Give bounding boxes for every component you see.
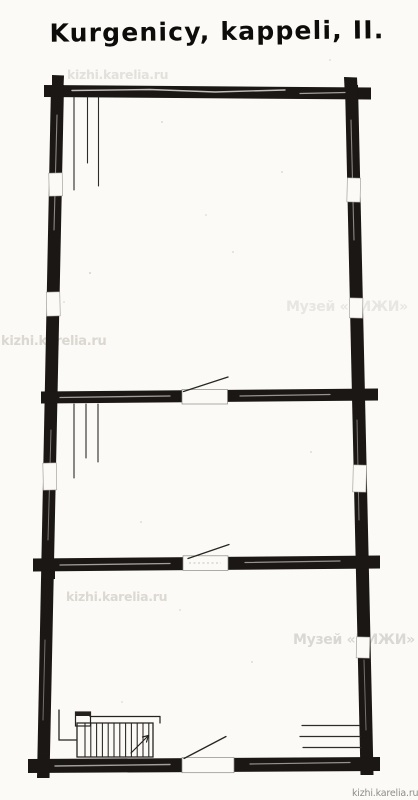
watermark-kizhi-top: kizhi.karelia.ru (67, 67, 168, 82)
watermark-kizhi-lower-left: kizhi.karelia.ru (66, 589, 167, 604)
watermark-muzei-mid-right: Музей «КИЖИ» (286, 299, 408, 315)
window-opening-right-4 (356, 637, 370, 658)
window-opening-right-3 (353, 465, 367, 492)
door-opening-wall-1 (182, 390, 228, 405)
watermark-kizhi-bottom-right: kizhi.karelia.ru (352, 788, 418, 799)
door-opening-wall-bottom (182, 758, 234, 773)
scanned-drawing-page: kizhi.karelia.ru kizhi.karelia.ru Музей … (0, 0, 418, 800)
window-opening-left-1 (49, 173, 63, 196)
window-opening-right-1 (347, 178, 361, 202)
window-opening-left-2 (46, 292, 60, 316)
corner-notch-wall2-left (43, 571, 55, 580)
window-opening-left-3 (43, 463, 57, 490)
drawing-title: Kurgenicy, kappeli, II. (49, 15, 384, 48)
window-opening-right-2 (349, 298, 363, 318)
stair-newel-box-cap (76, 712, 91, 716)
floor-plan-svg: kizhi.karelia.ru kizhi.karelia.ru Музей … (0, 0, 418, 800)
watermark-muzei-lower-right: Музей «КИЖИ» (293, 632, 415, 648)
